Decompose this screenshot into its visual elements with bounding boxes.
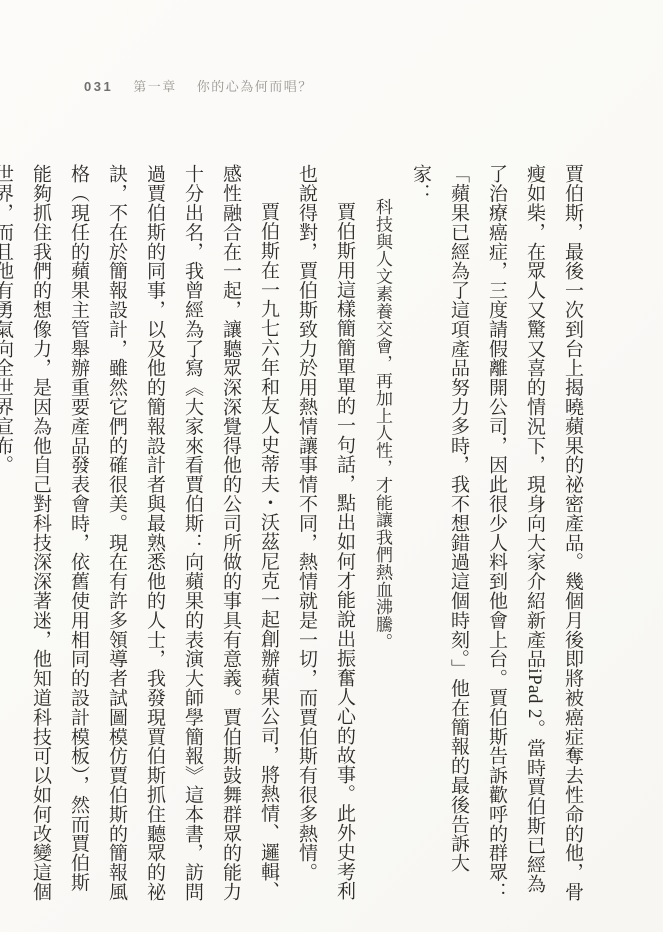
paragraph: 賈伯斯在一九七六年和友人史蒂夫・沃茲尼克一起創辦蘋果公司，將熱情、邏輯、感性融合… <box>0 164 287 910</box>
chapter-title: 你的心為何而唱？ <box>197 79 313 94</box>
page-number: 031 <box>84 79 113 94</box>
book-page: 031第一章你的心為何而唱？ 賈伯斯，最後一次到台上揭曉蘋果的祕密產品。幾個月後… <box>0 0 663 932</box>
quote-paragraph: 科技與人文素養交會，再加上人性，才能讓我們熱血沸騰。 <box>363 164 401 910</box>
paragraph: 賈伯斯用這樣簡簡單單的一句話，點出如何才能說出振奮人心的故事。此外史考利也說得對… <box>287 164 363 910</box>
chapter-label: 第一章 <box>133 79 177 94</box>
running-header: 031第一章你的心為何而唱？ <box>84 76 313 95</box>
paragraph-continuation: 賈伯斯，最後一次到台上揭曉蘋果的祕密產品。幾個月後即將被癌症奪去性命的他，骨瘦如… <box>401 164 591 910</box>
main-text-block: 賈伯斯，最後一次到台上揭曉蘋果的祕密產品。幾個月後即將被癌症奪去性命的他，骨瘦如… <box>17 164 591 910</box>
